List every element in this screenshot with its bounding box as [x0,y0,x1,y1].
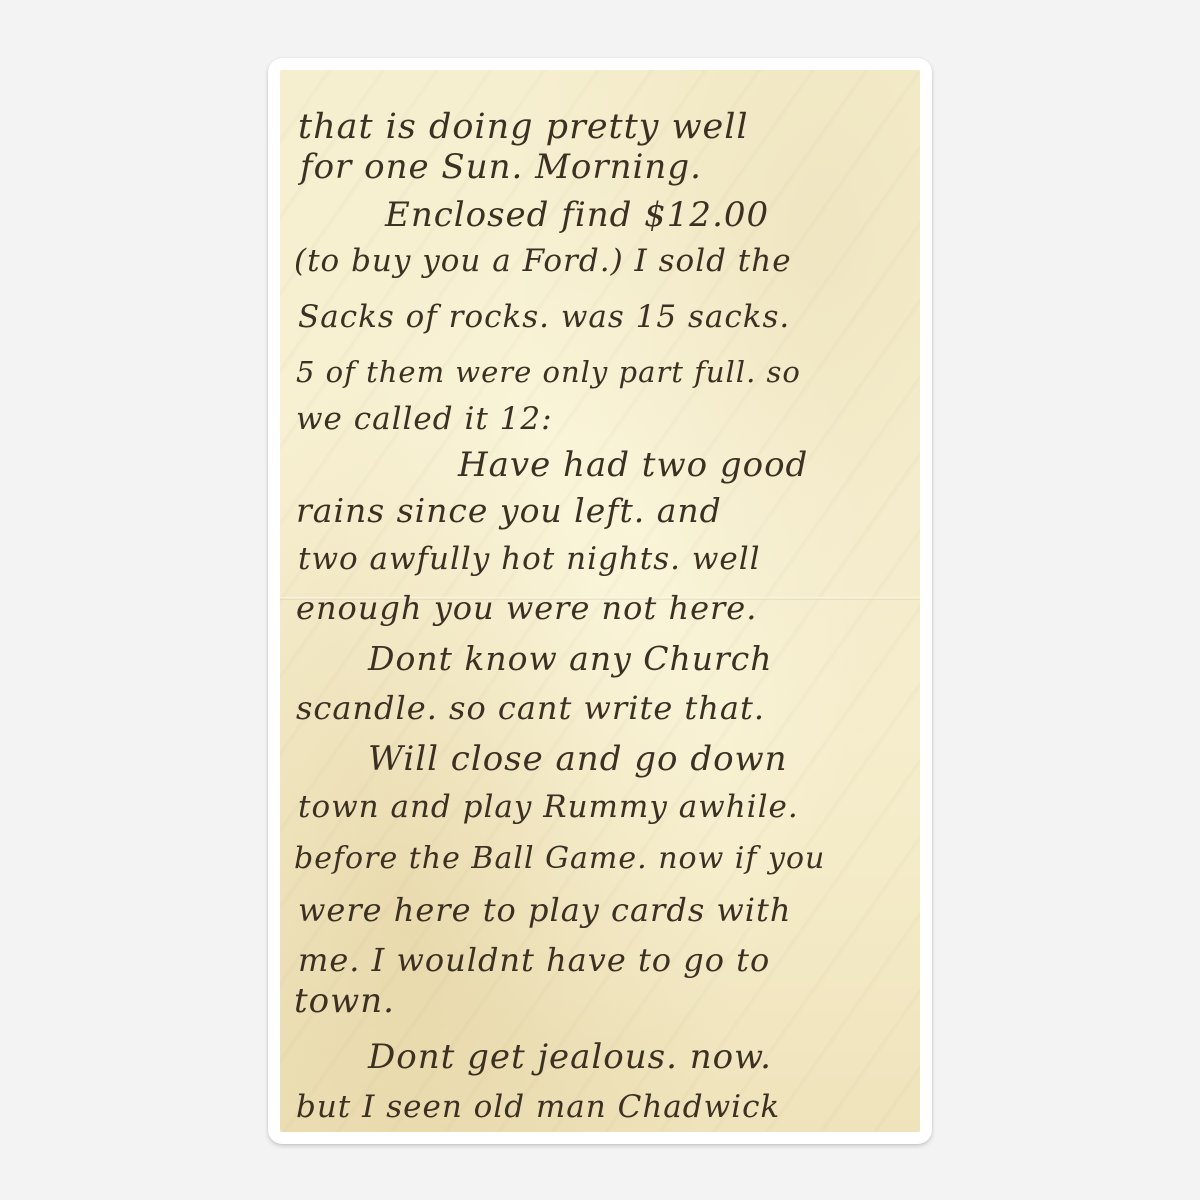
sticker-frame: that is doing pretty well for one Sun. M… [268,58,932,1144]
letter-line-14: Will close and go down [368,742,788,776]
letter-line-7: we called it 12: [296,404,553,435]
letter-line-15: town and play Rummy awhile. [298,792,799,823]
letter-line-3: Enclosed find $12.00 [385,198,769,232]
letter-line-5: Sacks of rocks. was 15 sacks. [298,302,790,333]
letter-line-20: Dont get jealous. now. [368,1040,772,1074]
letter-line-21: but I seen old man Chadwick [296,1092,780,1123]
letter-line-17: were here to play cards with [298,894,792,926]
letter-line-10: two awfully hot nights. well [298,544,761,575]
letter-line-18: me. I wouldnt have to go to [298,944,770,976]
letter-paper: that is doing pretty well for one Sun. M… [280,70,920,1132]
letter-line-12: Dont know any Church [368,642,773,675]
letter-line-9: rains since you left. and [296,494,722,527]
letter-line-6: 5 of them were only part full. so [296,358,801,387]
letter-line-16: before the Ball Game. now if you [294,844,825,874]
letter-line-2: for one Sun. Morning. [300,150,702,184]
letter-line-8: Have had two good [458,448,808,482]
letter-line-11: enough you were not here. [296,592,757,624]
letter-line-13: scandle. so cant write that. [296,692,765,724]
letter-line-4: (to buy you a Ford.) I sold the [294,246,792,277]
letter-line-1: that is doing pretty well [298,110,749,145]
letter-line-19: town. [294,984,395,1018]
